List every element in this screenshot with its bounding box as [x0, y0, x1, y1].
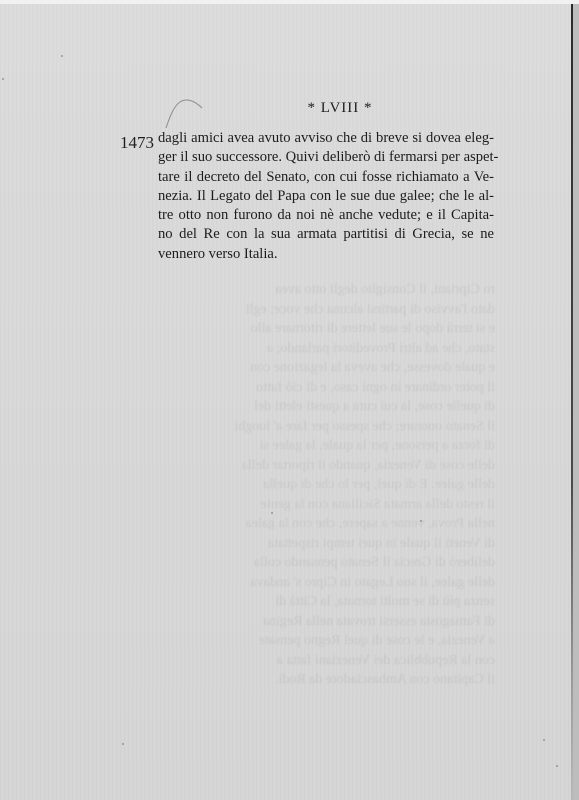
body-line: no del Re con la sua armata partitisi di…: [158, 225, 494, 244]
running-head: * LVIII *: [280, 100, 400, 117]
show-through-text: ro Cipriani, il Consiglio degli otto ave…: [155, 280, 495, 700]
body-paragraph: dagli amici avea avuto avviso che di bre…: [158, 129, 494, 264]
paper-speck: [543, 739, 545, 741]
paper-speck: [420, 520, 422, 522]
paper-speck: [122, 743, 124, 745]
body-line: tre otto non furono da noi nè anche vedu…: [158, 206, 494, 225]
page-edge-shadow: [573, 4, 579, 800]
paper-speck: [61, 55, 63, 57]
scanned-page: ro Cipriani, il Consiglio degli otto ave…: [0, 0, 579, 800]
body-line: nezia. Il Legato del Papa con le sue due…: [158, 187, 494, 206]
body-line: tare il decreto del Senato, con cui foss…: [158, 168, 494, 187]
paper-speck: [556, 765, 558, 767]
top-margin-strip: [0, 0, 579, 4]
body-line: ger il suo successore. Quivi deliberò di…: [158, 148, 494, 167]
body-line: dagli amici avea avuto avviso che di bre…: [158, 129, 494, 148]
pencil-mark-icon: [160, 92, 210, 132]
margin-year-note: 1473: [120, 133, 154, 153]
paper-speck: [2, 78, 4, 80]
paper-speck: [271, 512, 273, 514]
body-line: vennero verso Italia.: [158, 245, 494, 264]
